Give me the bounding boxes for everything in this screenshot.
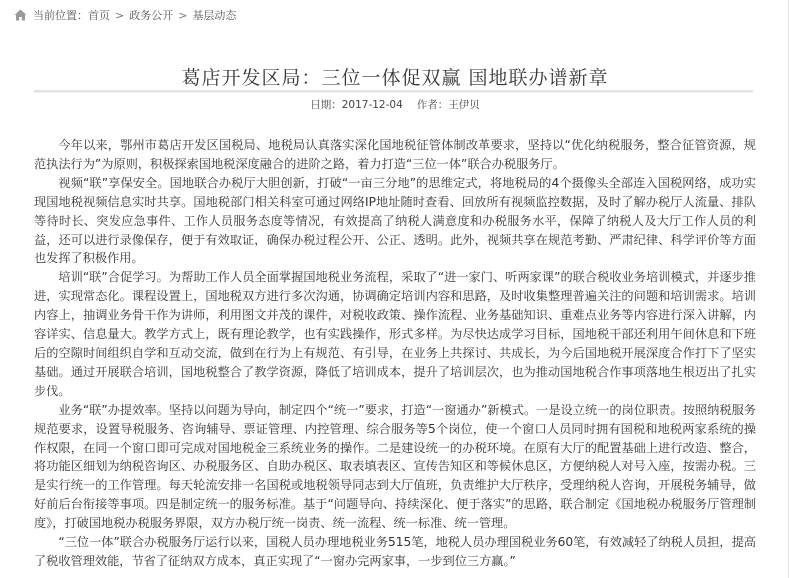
date-label: 日期：: [310, 99, 342, 111]
article-meta: 日期：2017-12-04作者：王伊贝: [0, 97, 790, 112]
breadcrumb-prefix: 当前位置：: [33, 7, 88, 23]
article-date: 2017-12-04: [342, 99, 403, 111]
article-author: 王伊贝: [448, 99, 480, 111]
home-icon: [14, 9, 27, 21]
paragraph-training: 培训“联”合促学习。为帮助工作人员全面掌握国地税业务流程，采取了“进一家门、听两…: [34, 268, 756, 400]
paragraph-video: 视频“联”享保安全。国地联合办税厅大胆创新，打破“一亩三分地”的思维定式，将地税…: [34, 174, 756, 269]
breadcrumb-gov-affairs-link[interactable]: 政务公开: [129, 7, 173, 23]
paragraph-intro: 今年以来，鄂州市葛店开发区国税局、地税局认真落实深化国地税征管体制改革要求，坚持…: [34, 136, 756, 174]
breadcrumb-home-link[interactable]: 首页: [88, 7, 110, 23]
breadcrumb-grassroots-news-link[interactable]: 基层动态: [192, 7, 236, 23]
article-body: 今年以来，鄂州市葛店开发区国税局、地税局认真落实深化国地税征管体制改革要求，坚持…: [34, 136, 756, 571]
breadcrumb: 当前位置： 首页 > 政务公开 > 基层动态: [14, 6, 236, 24]
paragraph-results: “三位一体”联合办税服务厅运行以来，国税人员办理地税业务515笔，地税人员办理国…: [34, 533, 756, 571]
breadcrumb-separator: >: [115, 9, 124, 22]
paragraph-business: 业务“联”办提效率。坚持以问题为导向，制定四个“统一”要求，打造“一窗通办”新模…: [34, 401, 756, 533]
title-divider: [34, 90, 753, 93]
breadcrumb-separator: >: [178, 9, 187, 22]
author-label: 作者：: [417, 99, 449, 111]
article-title: 葛店开发区局：三位一体促双赢 国地联办谱新章: [0, 63, 790, 90]
